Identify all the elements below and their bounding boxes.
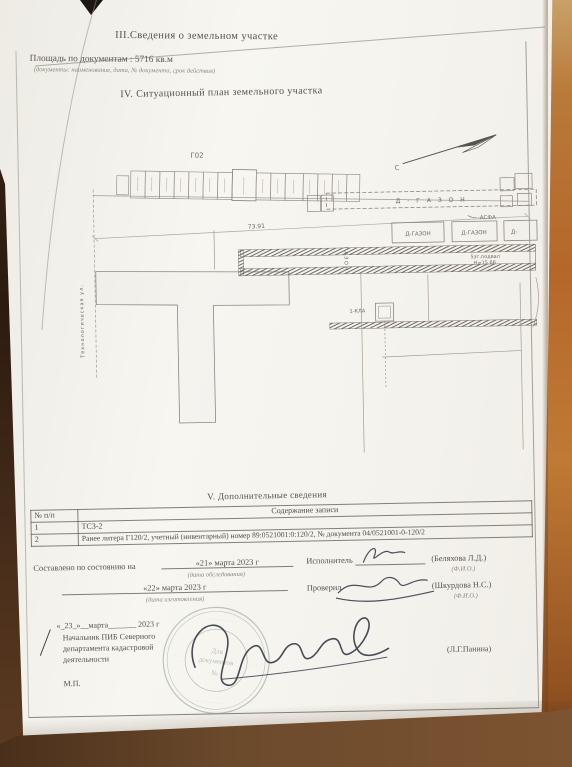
col-header-num: № п/п bbox=[31, 510, 78, 523]
lawn-box-1-label: Д-ГАЗОН bbox=[405, 231, 431, 237]
executor-label: Исполнитель bbox=[306, 556, 353, 566]
lawn-box-3-label: Д- bbox=[511, 230, 517, 236]
checker-name: (Шкурдова Н.С.) bbox=[432, 580, 492, 590]
lawn-box-2-label: Д-ГАЗОН bbox=[461, 230, 487, 236]
photographed-document: III.Сведения о земельном участке Площадь… bbox=[0, 0, 572, 767]
position-line-1: Начальник ПИБ Северного bbox=[63, 632, 156, 643]
small-structures-right-edge bbox=[500, 173, 533, 207]
kla-label: 1-КЛА bbox=[349, 308, 365, 314]
lawn-vertical-label: ГАЗОН bbox=[342, 247, 348, 272]
building-height-label: Н=15.66 bbox=[474, 260, 496, 266]
position-line-2: департамента кадастровой bbox=[63, 643, 154, 654]
t-shaped-building-outline bbox=[96, 268, 292, 425]
road-lines bbox=[361, 270, 542, 452]
area-by-documents: Площадь по документам : 5716 кв.м bbox=[30, 54, 173, 65]
situational-plan-drawing: С Г02 bbox=[50, 117, 547, 478]
north-arrow bbox=[402, 135, 497, 164]
small-square-structure bbox=[375, 303, 395, 388]
asphalt-leader-line bbox=[468, 215, 477, 217]
executor-signature bbox=[357, 541, 417, 568]
lawn-box-3-outline bbox=[504, 220, 537, 241]
row2-num: 2 bbox=[31, 533, 78, 546]
director-signature bbox=[172, 602, 409, 706]
garage-row-label: Г02 bbox=[190, 152, 203, 160]
document-page: III.Сведения о земельном участке Площадь… bbox=[0, 0, 572, 767]
survey-date-note: (дата обследования) bbox=[187, 571, 245, 579]
fio-note-2: (Ф.И.О.) bbox=[454, 592, 478, 599]
north-label: С bbox=[395, 164, 400, 172]
main-dimension-label: 73.91 bbox=[248, 223, 266, 231]
mp-label: М.П. bbox=[64, 679, 81, 688]
fio-note-1: (Ф.И.О.) bbox=[451, 565, 475, 572]
lawn-strip-label: Д - Г А З О Н bbox=[396, 196, 468, 204]
executor-name: (Беляхова Л.Д.) bbox=[431, 553, 486, 563]
checker-signature bbox=[333, 567, 444, 605]
street-name-vertical: Технологическая ул. bbox=[79, 284, 86, 359]
position-line-3: деятельности bbox=[63, 654, 109, 664]
asphalt-label: -АСФА bbox=[478, 215, 496, 221]
row1-num: 1 bbox=[31, 521, 78, 534]
signer-name: (Л.Г.Панина) bbox=[447, 644, 491, 654]
section3-title: III.Сведения о земельном участке bbox=[115, 30, 278, 42]
hatched-band-lower bbox=[330, 319, 537, 329]
